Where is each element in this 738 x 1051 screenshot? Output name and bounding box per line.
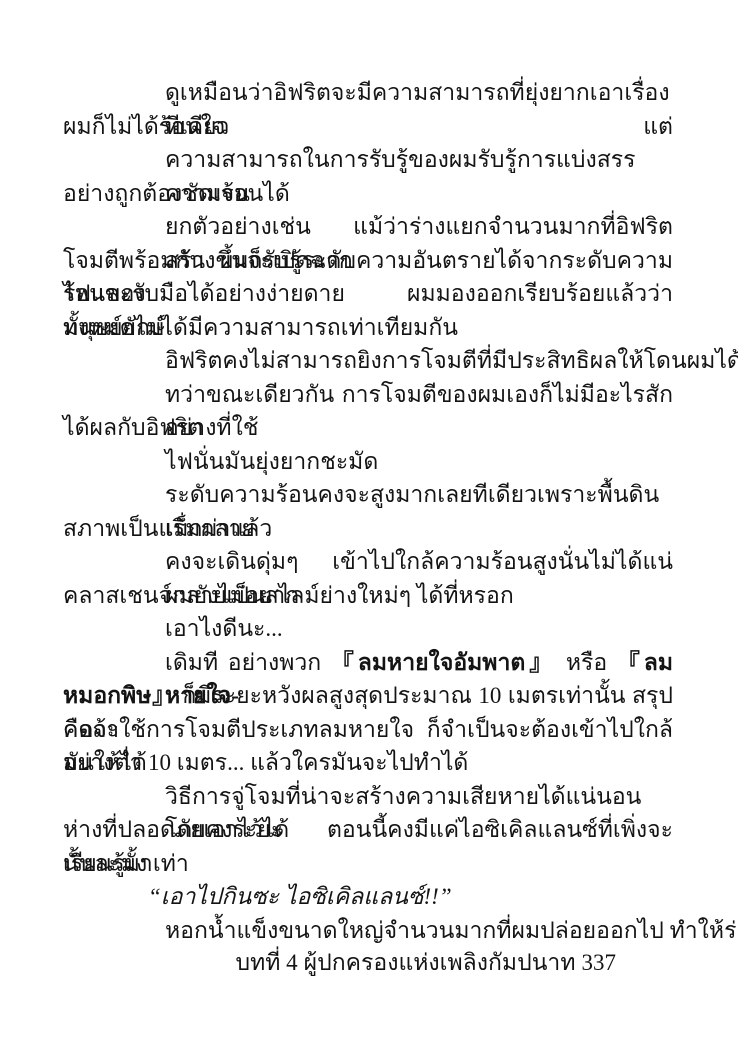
text-line: คลาสเชนจ์กลายเป็นสไลม์ย่างใหม่ๆ ได้ที่หร… [63,579,673,613]
text-line: อิฟริตคงไม่สามารถยิงการโจมตีที่มีประสิทธ… [63,344,673,378]
text-line: ทว่าขณะเดียวกัน การโจมตีของผมเองก็ไม่มีอ… [63,378,673,412]
text-line: ทั้งหมดไม่ได้มีความสามารถเท่าเทียมกัน [63,311,673,345]
book-page: ดูเหมือนว่าอิฟริตจะมีความสามารถที่ยุ่งยา… [0,0,738,1051]
text-line: หมอกพิษ』 ก็มีระยะหวังผลสูงสุดประมาณ 10 เ… [63,679,673,713]
text-segment: นั้นละมั้ง [63,851,147,876]
text-line: ระดับความร้อนคงจะสูงมากเลยทีเดียวเพราะพื… [63,478,673,512]
text-segment: เอาไงดีนะ... [165,616,283,641]
footer-chapter-label: บทที่ 4 [229,950,297,975]
text-line: อย่างถูกต้องชัดเจน [63,177,673,211]
text-line: โจมตีพร้อมกัน ผมก็รับรู้ระดับความอันตราย… [63,244,673,278]
skill-term: 『ลมหายใจอัมพาต』 [331,650,556,675]
text-line: อย่างต่ำ 10 เมตร... แล้วใครมันจะไปทำได้ [63,746,673,780]
text-line: คิดจะใช้การโจมตีประเภทลมหายใจ ก็จำเป็นจะ… [63,713,673,747]
text-line: เอาไงดีนะ... [63,612,673,646]
text-segment: ไฟนั่นมันยุ่งยากชะมัด [165,449,378,474]
text-segment: อย่างถูกต้องชัดเจน [63,181,250,206]
text-line: ความสามารถในการรับรู้ของผมรับรู้การแบ่งส… [63,143,673,177]
text-block: ดูเหมือนว่าอิฟริตจะมีความสามารถที่ยุ่งยา… [63,76,673,947]
page-footer: บทที่ 4ผู้ปกครองแห่งเพลิงกัมปนาท337 [63,946,616,980]
text-line: “เอาไปกินซะ ไอซิเคิลแลนซ์!!” [63,880,673,914]
text-line: ยกตัวอย่างเช่น แม้ว่าร่างแยกจำนวนมากที่อ… [63,210,673,244]
spoken-quote: “เอาไปกินซะ ไอซิเคิลแลนซ์!!” [148,884,452,909]
footer-chapter-title: ผู้ปกครองแห่งเพลิงกัมปนาท [298,950,576,975]
text-segment: หรือ [556,650,617,675]
text-line: ดูเหมือนว่าอิฟริตจะมีความสามารถที่ยุ่งยา… [63,76,673,110]
text-line: วิธีการจู่โจมที่น่าจะสร้างความเสียหายได้… [63,780,673,814]
text-segment: อิฟริตคงไม่สามารถยิงการโจมตีที่มีประสิทธ… [165,348,738,373]
text-line: คงจะเดินดุ่มๆ เข้าไปใกล้ความร้อนสูงนั่นไ… [63,545,673,579]
text-line: ไฟและรับมือได้อย่างง่ายดาย ผมมองออกเรียบ… [63,277,673,311]
text-line: หอกน้ำแข็งขนาดใหญ่จำนวนมากที่ผมปล่อยออกไ… [63,914,673,948]
text-segment: คลาสเชนจ์กลายเป็นสไลม์ย่างใหม่ๆ ได้ที่หร… [63,583,514,608]
text-line: ได้ผลกับอิฟริต [63,411,673,445]
text-segment: ผมก็ไม่ได้ร้อนใจ [63,114,225,139]
text-segment: ได้ผลกับอิฟริต [63,415,203,440]
text-segment: สภาพเป็นแม็กม่าแล้ว [63,516,272,541]
skill-term: หมอกพิษ』 [63,683,176,708]
text-segment: ดูเหมือนว่าอิฟริตจะมีความสามารถที่ยุ่งยา… [165,80,673,139]
text-line: ห่างที่ปลอดภัยเอาไว้ได้ ตอนนี้คงมีแค่ไอซ… [63,813,673,847]
footer-page-number: 337 [576,950,617,975]
text-segment: เดิมที อย่างพวก [165,650,331,675]
text-line: เดิมที อย่างพวก 『ลมหายใจอัมพาต』 หรือ 『ลม… [63,646,673,680]
text-segment: ทั้งหมดไม่ได้มีความสามารถเท่าเทียมกัน [63,315,458,340]
text-line: ไฟนั่นมันยุ่งยากชะมัด [63,445,673,479]
text-segment: อย่างต่ำ 10 เมตร... แล้วใครมันจะไปทำได้ [63,750,468,775]
text-line: สภาพเป็นแม็กม่าแล้ว [63,512,673,546]
text-segment: หอกน้ำแข็งขนาดใหญ่จำนวนมากที่ผมปล่อยออกไ… [165,918,738,943]
